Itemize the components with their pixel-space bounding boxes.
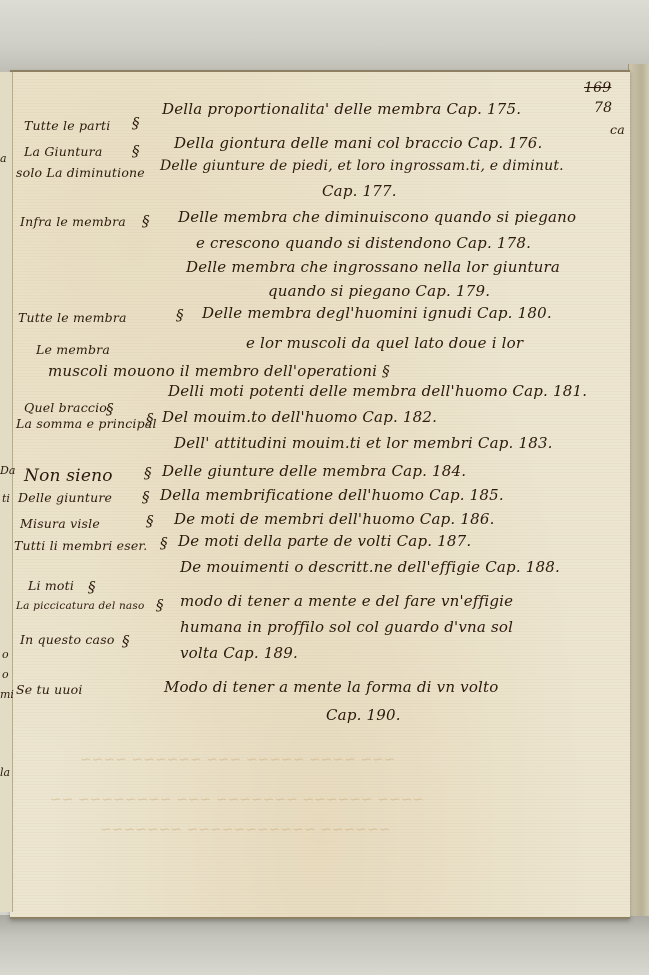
margin-note: Quel braccio — [24, 400, 107, 415]
margin-note: solo La diminutione — [16, 165, 145, 180]
margin-note: Infra le membra — [20, 214, 126, 229]
manuscript-page: ~~~ ~~~~ ~~~~~ ~~~ ~~~~~~ ~~~~ ~~~~ ~~~~… — [10, 70, 630, 919]
index-entry: Delle giunture de piedi, et loro ingross… — [160, 158, 564, 174]
index-entry: Delle giunture delle membra Cap. 184. — [162, 462, 466, 480]
marker: § — [122, 632, 130, 650]
index-entry: Delle membra degl'huomini ignudi Cap. 18… — [202, 304, 552, 322]
background-top — [0, 0, 649, 75]
struck-folio-number: 169 — [584, 80, 611, 96]
marker: § — [160, 534, 168, 552]
marker: § — [146, 410, 154, 428]
index-entry: muscoli mouono il membro dell'operationi… — [48, 362, 390, 380]
index-entry: De mouimenti o descritt.ne dell'effigie … — [180, 558, 560, 576]
margin-note: Delle giunture — [18, 490, 112, 505]
margin-note: La piccicatura del naso — [16, 600, 144, 612]
margin-note: Tutti li membri eser. — [14, 538, 147, 553]
index-entry: Cap. 190. — [326, 706, 401, 724]
corner-mark: ca — [610, 122, 625, 137]
leaf-fragment: ti — [2, 492, 10, 505]
ink-bleed-through: ~~~ ~~~~ ~~~~~ ~~~ ~~~~~~ ~~~~ — [80, 752, 396, 768]
index-entry: Della giontura delle mani col braccio Ca… — [174, 134, 542, 152]
index-entry: e crescono quando si distendono Cap. 178… — [196, 234, 531, 252]
marker: § — [142, 212, 150, 230]
index-entry: Modo di tener a mente la forma di vn vol… — [164, 678, 499, 696]
index-entry: Delle membra che ingrossano nella lor gi… — [186, 258, 560, 276]
index-entry: Del mouim.to dell'huomo Cap. 182. — [162, 408, 437, 426]
index-entry: De moti de membri dell'huomo Cap. 186. — [174, 510, 495, 528]
leaf-fragment: Da — [0, 464, 15, 477]
marker: § — [144, 464, 152, 482]
leaf-fragment: la — [0, 766, 10, 779]
index-entry: Cap. 177. — [322, 182, 397, 200]
marker: § — [132, 142, 140, 160]
previous-leaf-edge: a Da ti o o mi la — [0, 72, 13, 912]
index-entry: humana in proffilo sol col guardo d'vna … — [180, 618, 513, 636]
ink-bleed-through: ~~~~~~ ~~~~~~~~~~~ ~~~~~~~ — [100, 822, 390, 838]
marker: § — [176, 306, 184, 324]
leaf-fragment: o — [2, 668, 9, 681]
margin-note: Se tu uuoi — [16, 682, 83, 697]
margin-note: In questo caso — [20, 632, 115, 647]
background-bottom — [0, 915, 649, 975]
index-entry: quando si piegano Cap. 179. — [268, 282, 490, 300]
index-entry: volta Cap. 189. — [180, 644, 298, 662]
margin-note: Tutte le membra — [18, 310, 127, 325]
margin-note: Le membra — [36, 342, 110, 357]
marker: § — [142, 488, 150, 506]
ink-bleed-through: ~~~~ ~~~~~~ ~~~~~~~ ~~~ ~~~~~~~~ ~~ — [50, 792, 424, 808]
index-entry: Dell' attitudini mouim.ti et lor membri … — [174, 434, 553, 452]
margin-note: Non sieno — [24, 466, 113, 486]
margin-note: La Giuntura — [24, 144, 103, 159]
folio-number: 78 — [594, 100, 612, 116]
index-entry: Delle membra che diminuiscono quando si … — [178, 208, 576, 226]
leaf-fragment: mi — [0, 688, 14, 701]
marker: § — [156, 596, 164, 614]
leaf-fragment: o — [2, 648, 9, 661]
margin-note: Tutte le parti — [24, 118, 110, 133]
page-stack-edge — [628, 64, 649, 916]
index-entry: Della proportionalita' delle membra Cap.… — [162, 100, 521, 118]
index-entry: Della membrificatione dell'huomo Cap. 18… — [160, 486, 504, 504]
index-entry: Delli moti potenti delle membra dell'huo… — [168, 382, 587, 400]
index-entry: modo di tener a mente e del fare vn'effi… — [180, 592, 513, 610]
margin-note: Misura visle — [20, 516, 100, 531]
margin-note: La somma e principal — [16, 416, 157, 431]
index-entry: De moti della parte de volti Cap. 187. — [178, 532, 471, 550]
margin-note: Li moti — [28, 578, 74, 593]
marker: § — [132, 114, 140, 132]
marker: § — [88, 578, 96, 596]
marker: § — [146, 512, 154, 530]
index-entry: e lor muscoli da quel lato doue i lor — [246, 334, 523, 352]
leaf-fragment: a — [0, 152, 7, 165]
